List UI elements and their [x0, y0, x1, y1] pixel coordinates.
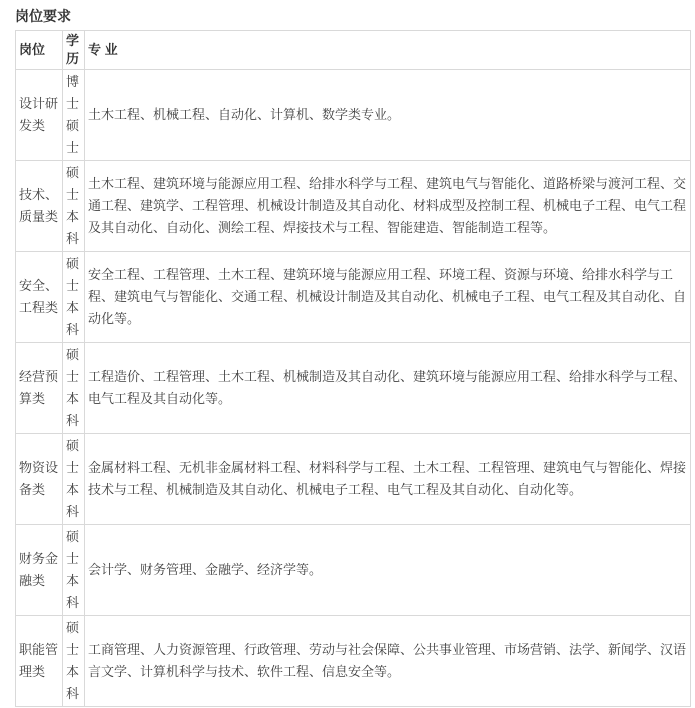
education-cell: 硕士本科 [63, 252, 85, 343]
position-cell: 物资设备类 [16, 434, 63, 525]
major-cell: 会计学、财务管理、金融学、经济学等。 [85, 525, 691, 616]
position-cell: 职能管理类 [16, 616, 63, 707]
position-cell: 设计研发类 [16, 70, 63, 161]
education-cell: 博士硕士 [63, 70, 85, 161]
major-cell: 工商管理、人力资源管理、行政管理、劳动与社会保障、公共事业管理、市场营销、法学、… [85, 616, 691, 707]
table-row: 职能管理类 硕士本科 工商管理、人力资源管理、行政管理、劳动与社会保障、公共事业… [16, 616, 691, 707]
table-row: 安全、工程类 硕士本科 安全工程、工程管理、土木工程、建筑环境与能源应用工程、环… [16, 252, 691, 343]
table-row: 技术、质量类 硕士本科 土木工程、建筑环境与能源应用工程、给排水科学与工程、建筑… [16, 161, 691, 252]
table-header-row: 岗位 学历 专 业 [16, 31, 691, 70]
table-row: 经营预算类 硕士本科 工程造价、工程管理、土木工程、机械制造及其自动化、建筑环境… [16, 343, 691, 434]
position-cell: 财务金融类 [16, 525, 63, 616]
education-cell: 硕士本科 [63, 161, 85, 252]
page-title: 岗位要求 [15, 8, 691, 24]
position-cell: 安全、工程类 [16, 252, 63, 343]
major-cell: 工程造价、工程管理、土木工程、机械制造及其自动化、建筑环境与能源应用工程、给排水… [85, 343, 691, 434]
education-cell: 硕士本科 [63, 525, 85, 616]
education-cell: 硕士本科 [63, 343, 85, 434]
col-header-major: 专 业 [85, 31, 691, 70]
education-cell: 硕士本科 [63, 616, 85, 707]
position-cell: 经营预算类 [16, 343, 63, 434]
table-row: 设计研发类 博士硕士 土木工程、机械工程、自动化、计算机、数学类专业。 [16, 70, 691, 161]
col-header-position: 岗位 [16, 31, 63, 70]
page: 岗位要求 岗位 学历 专 业 设计研发类 博士硕士 土木工程、机械工程、自动化、… [0, 0, 695, 708]
table-row: 财务金融类 硕士本科 会计学、财务管理、金融学、经济学等。 [16, 525, 691, 616]
col-header-education: 学历 [63, 31, 85, 70]
major-cell: 安全工程、工程管理、土木工程、建筑环境与能源应用工程、环境工程、资源与环境、给排… [85, 252, 691, 343]
position-cell: 技术、质量类 [16, 161, 63, 252]
education-cell: 硕士本科 [63, 434, 85, 525]
major-cell: 土木工程、机械工程、自动化、计算机、数学类专业。 [85, 70, 691, 161]
requirements-table: 岗位 学历 专 业 设计研发类 博士硕士 土木工程、机械工程、自动化、计算机、数… [15, 30, 691, 707]
table-row: 物资设备类 硕士本科 金属材料工程、无机非金属材料工程、材料科学与工程、土木工程… [16, 434, 691, 525]
major-cell: 土木工程、建筑环境与能源应用工程、给排水科学与工程、建筑电气与智能化、道路桥梁与… [85, 161, 691, 252]
major-cell: 金属材料工程、无机非金属材料工程、材料科学与工程、土木工程、工程管理、建筑电气与… [85, 434, 691, 525]
